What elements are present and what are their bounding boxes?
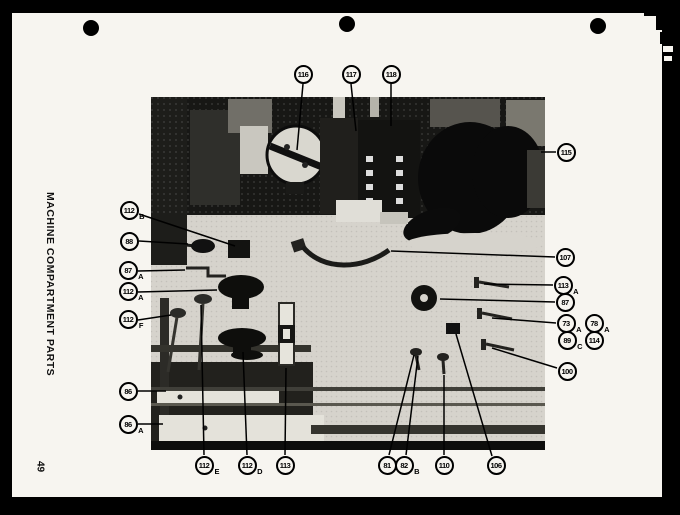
punch-hole-dot [339, 16, 355, 32]
scan-border-top [0, 0, 680, 13]
leader-113 [285, 368, 286, 455]
photo-graphics [151, 97, 545, 450]
punch-hole-dot [590, 18, 606, 34]
leader-87A [138, 270, 185, 271]
scan-edge-tick [0, 204, 7, 213]
leader-113A [484, 284, 553, 285]
page-title: MACHINE COMPARTMENT PARTS [44, 192, 56, 360]
scan-edge-tick [0, 247, 6, 254]
punch-hole-dot [83, 20, 99, 36]
scan-border-right [662, 0, 680, 515]
scan-border-left [0, 0, 12, 515]
scanned-page: 116117118115107113A8773A78A89C114100112B… [0, 0, 680, 515]
scan-edge-notch [663, 46, 673, 52]
scan-edge-notch [664, 56, 672, 61]
parts-photo [0, 0, 680, 515]
scan-border-bottom [0, 497, 680, 515]
scan-edge-jag [660, 32, 680, 44]
scan-corner-blob [656, 14, 680, 30]
page-number: 49 [35, 457, 46, 477]
